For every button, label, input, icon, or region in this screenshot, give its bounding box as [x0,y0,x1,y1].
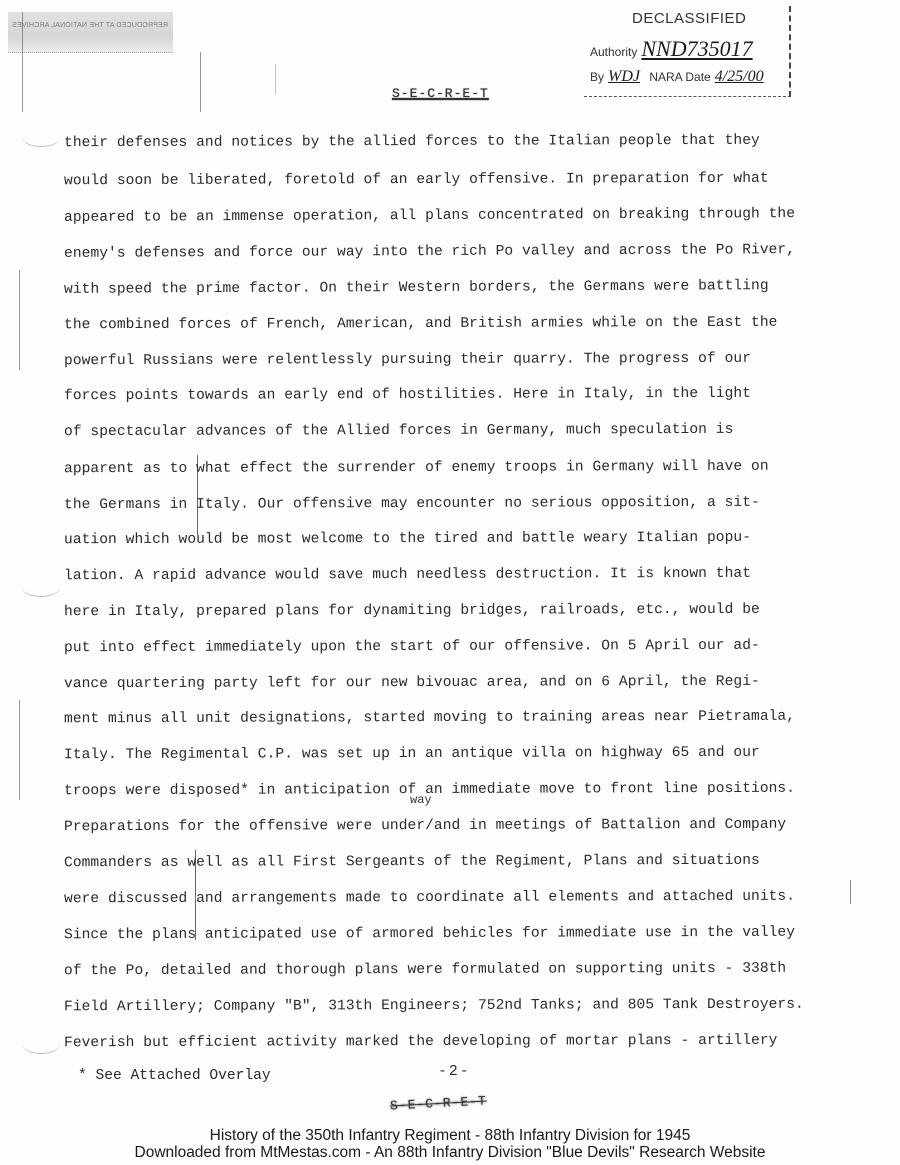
body-line: put into effect immediately upon the sta… [64,638,760,656]
scan-edge-line [22,12,23,112]
body-line: forces points towards an early end of ho… [64,386,751,404]
margin-bar [19,700,20,800]
reproduction-stamp-text: REPRODUCED AT THE NATIONAL ARCHIVES [12,22,168,29]
body-line: ment minus all unit designations, starte… [64,709,795,728]
body-line: Field Artillery; Company "B", 313th Engi… [64,997,804,1016]
body-line: of spectacular advances of the Allied fo… [64,422,733,440]
body-line: enemy's defenses and force our way into … [64,242,795,262]
scan-edge-line [200,52,201,112]
body-line: lation. A rapid advance would save much … [64,566,751,584]
handwritten-insert: way [410,793,432,807]
credit-line-history: History of the 350th Infantry Regiment -… [0,1127,900,1144]
body-line: Since the plans anticipated use of armor… [64,925,795,944]
website-credits: History of the 350th Infantry Regiment -… [0,1127,900,1161]
body-line: the combined forces of French, American,… [64,315,777,333]
classification-header: S-E-C-R-E-T [392,86,489,101]
credit-line-download: Downloaded from MtMestas.com - An 88th I… [0,1144,900,1161]
body-line: uation which would be most welcome to th… [64,530,751,548]
margin-bar [19,270,20,370]
body-line: Feverish but efficient activity marked t… [64,1033,777,1051]
body-line: would soon be liberated, foretold of an … [64,171,769,189]
body-line: vance quartering party left for our new … [64,674,760,692]
authority-value: NND735017 [641,36,752,61]
body-line: their defenses and notices by the allied… [64,133,760,151]
body-line: here in Italy, prepared plans for dynami… [64,602,760,620]
declassified-title: DECLASSIFIED [632,10,746,27]
by-value: WDJ [608,68,640,85]
classification-footer: S-E-C-R-E-T [390,1093,487,1113]
punch-hole [22,128,60,147]
body-line: were discussed and arrangements made to … [64,889,795,908]
punch-hole [22,1035,60,1054]
nara-date-label: NARA Date [649,70,710,84]
punch-hole [22,578,60,597]
body-line: of the Po, detailed and thorough plans w… [64,961,786,980]
body-line: with speed the prime factor. On their We… [64,278,769,298]
body-line: apparent as to what effect the surrender… [64,459,769,477]
body-line: Preparations for the offensive were unde… [64,817,786,836]
authority-row: AuthorityNND735017 [590,36,753,62]
by-row: ByWDJ NARA Date4/25/00 [590,68,764,86]
body-line: Italy. The Regimental C.P. was set up in… [64,745,760,763]
authority-label: Authority [590,45,637,59]
footnote: * See Attached Overlay [78,1068,271,1084]
declassified-stamp: DECLASSIFIED AuthorityNND735017 ByWDJ NA… [584,6,791,97]
by-label: By [590,70,604,84]
body-line: the Germans in Italy. Our offensive may … [64,495,760,513]
body-line: Commanders as well as all First Sergeant… [64,853,760,871]
scan-mark [850,880,851,904]
reproduction-stamp: REPRODUCED AT THE NATIONAL ARCHIVES [8,12,173,53]
document-page: REPRODUCED AT THE NATIONAL ARCHIVES DECL… [0,0,900,1165]
body-line: powerful Russians were relentlessly purs… [64,351,751,369]
body-line: appeared to be an immense operation, all… [64,206,795,226]
scan-mark [275,64,276,94]
nara-date-value: 4/25/00 [715,68,764,85]
page-number: - 2 - [440,1062,467,1079]
